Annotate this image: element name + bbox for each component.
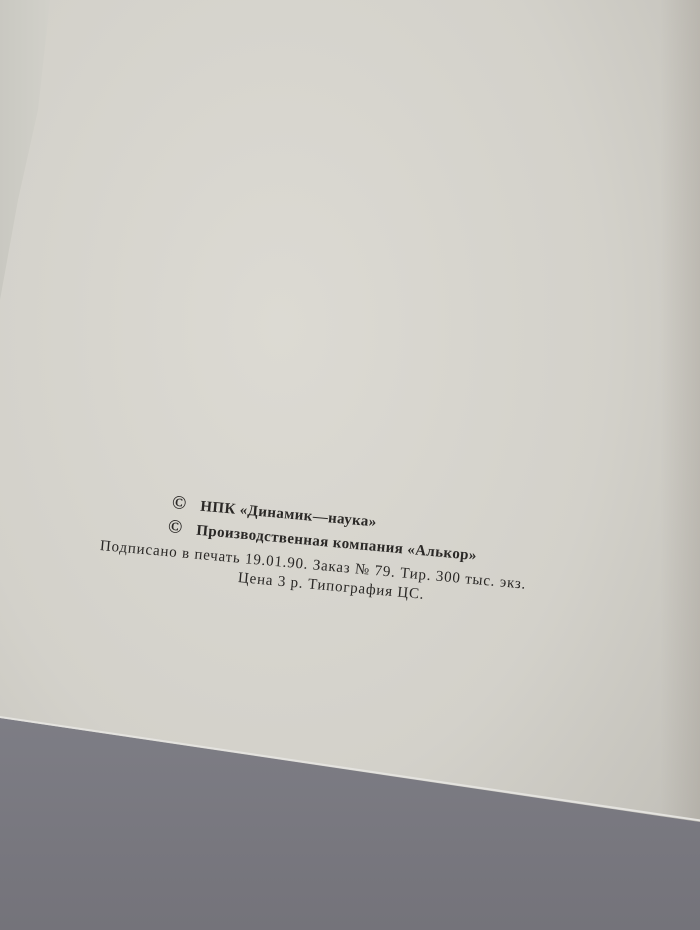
- colophon: ©НПК «Динамик—наука» ©Производственная к…: [0, 0, 700, 930]
- copyright-icon: ©: [171, 492, 188, 515]
- photo-scene: ©НПК «Динамик—наука» ©Производственная к…: [0, 0, 700, 930]
- copyright-icon: ©: [167, 516, 184, 539]
